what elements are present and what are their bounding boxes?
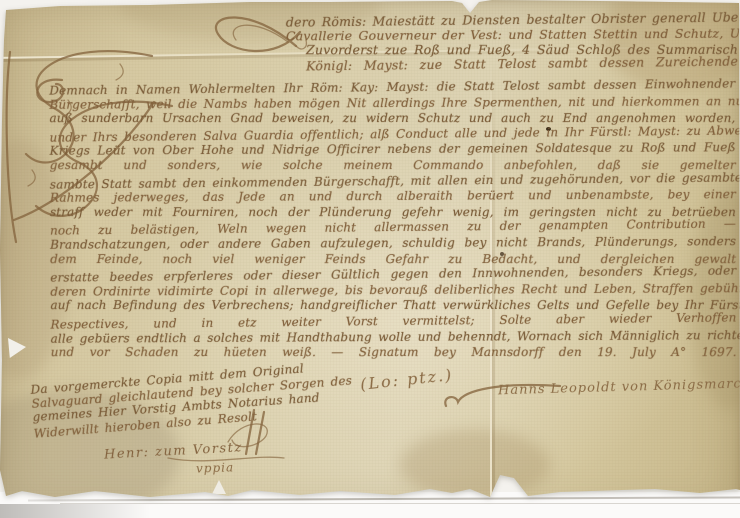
manuscript-line: und vor Schaden zu hüeten weiß. — Signat… — [51, 345, 737, 361]
body-block: Demnach in Namen Wohlermelten Ihr Röm: K… — [49, 78, 736, 362]
paper-sheet: dero Römis: Maiestätt zu Diensten bestal… — [0, 0, 740, 518]
paper-sheet-wrap: dero Römis: Maiestätt zu Diensten bestal… — [0, 0, 740, 518]
vidimus-subscript: vppia — [196, 460, 235, 475]
manuscript-photo: dero Römis: Maiestätt zu Diensten bestal… — [0, 0, 740, 518]
stain-bottom-center — [400, 430, 550, 500]
header-block: dero Römis: Maiestätt zu Diensten bestal… — [286, 12, 738, 74]
